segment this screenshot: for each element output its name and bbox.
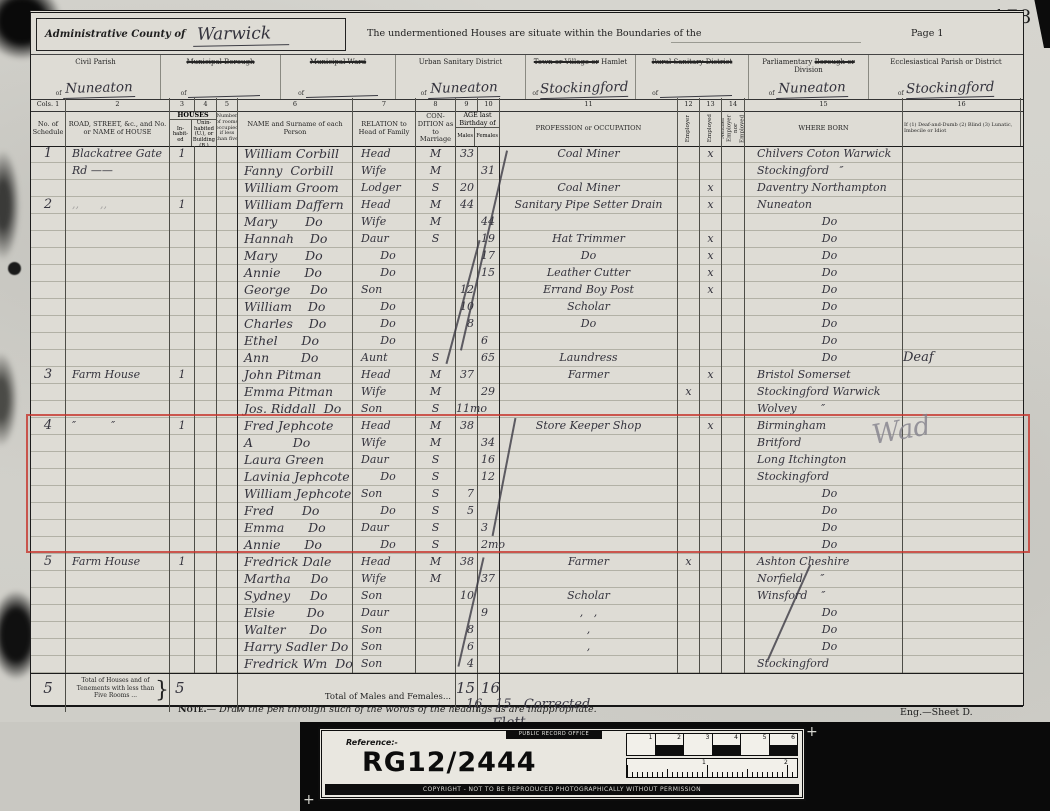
cell-name: Emma Pitman (238, 384, 353, 401)
cell-inh (170, 520, 195, 537)
cell-occ (500, 537, 678, 554)
cell-am: 11mo (456, 401, 478, 418)
cell-name: Harry Sadler Do (238, 639, 353, 656)
cell-occ: Do (500, 316, 678, 333)
cell-road (66, 265, 170, 282)
header-road: ROAD, STREET, &c., and No. or NAME of HO… (66, 111, 170, 146)
cell-cond: M (416, 163, 456, 180)
ruler-number: 4 (713, 734, 742, 755)
cell-cond: M (416, 418, 456, 435)
cell-rel: Son (353, 282, 416, 299)
district-cell: Municipal Boroughof (161, 55, 281, 99)
col-number: 13 (700, 98, 722, 111)
cell-uninh (195, 197, 217, 214)
cell-inf (903, 469, 1021, 486)
cell-sched (31, 248, 66, 265)
cell-inf: Deaf (903, 350, 1021, 367)
cell-born: Do (745, 265, 903, 282)
cell-name: John Pitman (238, 367, 353, 384)
cell-cond: S (416, 469, 456, 486)
cell-inh: 1 (170, 146, 195, 163)
cell-born: Nuneaton (745, 197, 903, 214)
totals-schedule-cell: 5 (31, 674, 66, 712)
ruler-cm-number: 2 (784, 759, 788, 766)
cell-uninh (195, 265, 217, 282)
cell-uninh (195, 571, 217, 588)
cell-sched (31, 231, 66, 248)
cell-e13 (700, 316, 722, 333)
cell-road (66, 231, 170, 248)
cell-road (66, 299, 170, 316)
cell-e12 (678, 588, 700, 605)
cell-af (478, 588, 500, 605)
cell-e13 (700, 537, 722, 554)
cell-uninh (195, 452, 217, 469)
cell-e14 (722, 248, 745, 265)
cell-uninh (195, 622, 217, 639)
header-females: Females (475, 128, 499, 146)
cell-rooms (217, 554, 238, 571)
cell-occ (500, 571, 678, 588)
cell-road (66, 605, 170, 622)
cell-occ: Laundress (500, 350, 678, 367)
cell-e12 (678, 418, 700, 435)
district-cell: Ecclesiastical Parish or DistrictofStock… (869, 55, 1023, 99)
cell-rel: Do (353, 265, 416, 282)
cell-rel: Son (353, 401, 416, 418)
cell-rooms (217, 163, 238, 180)
cell-af (478, 299, 500, 316)
cell-inh (170, 299, 195, 316)
cell-inh (170, 401, 195, 418)
cell-rooms (217, 452, 238, 469)
table-row: Hannah DoDaurS19Hat TrimmerxDo (31, 231, 1023, 248)
column-headers: No. of Schedule ROAD, STREET, &c., and N… (31, 111, 1023, 147)
cell-road (66, 214, 170, 231)
cell-rel: Wife (353, 435, 416, 452)
cell-af (478, 622, 500, 639)
cell-cond: M (416, 197, 456, 214)
cell-e14 (722, 435, 745, 452)
sheet-designation: Eng.—Sheet D. (900, 707, 973, 718)
cell-uninh (195, 588, 217, 605)
cell-name: Walter Do (238, 622, 353, 639)
cell-inh: 1 (170, 367, 195, 384)
cell-am (456, 469, 478, 486)
district-cell: Civil ParishofNuneaton (31, 55, 161, 99)
cell-e14 (722, 588, 745, 605)
cell-af (478, 282, 500, 299)
cell-e12 (678, 520, 700, 537)
cell-inf (903, 486, 1021, 503)
cell-inh (170, 384, 195, 401)
pro-stamp: PUBLIC RECORD OFFICE Reference:- RG12/24… (318, 727, 806, 801)
cell-name: Fanny Corbill (238, 163, 353, 180)
cell-af: 31 (478, 163, 500, 180)
cell-e12 (678, 639, 700, 656)
table-row: Charles DoDo8DoDo (31, 316, 1023, 333)
cell-inf (903, 537, 1021, 554)
ruler-cm: 12 (626, 758, 798, 778)
cell-e13 (700, 554, 722, 571)
cell-uninh (195, 605, 217, 622)
cell-born: Stockingford Warwick (745, 384, 903, 401)
cell-cond (416, 622, 456, 639)
cell-rel: Do (353, 503, 416, 520)
cell-e12 (678, 214, 700, 231)
cell-e12 (678, 146, 700, 163)
cell-rel: Wife (353, 571, 416, 588)
cell-road (66, 452, 170, 469)
cell-e14 (722, 554, 745, 571)
cell-sched (31, 401, 66, 418)
cell-born: Long Itchington (745, 452, 903, 469)
ruler-cm-number: 1 (702, 759, 706, 766)
cell-inh: 1 (170, 554, 195, 571)
cell-af (478, 316, 500, 333)
cell-born: Do (745, 486, 903, 503)
cell-rooms (217, 367, 238, 384)
district-cell: Town or Village or HamletofStockingford (526, 55, 636, 99)
cell-rooms (217, 401, 238, 418)
cell-sched (31, 180, 66, 197)
table-row: Walter DoSon8,Do (31, 622, 1023, 639)
cell-rel: Wife (353, 163, 416, 180)
cell-e12 (678, 503, 700, 520)
title-band: Administrative County of Warwick The und… (31, 16, 1023, 54)
cell-rel: Son (353, 588, 416, 605)
cell-occ (500, 520, 678, 537)
cell-road (66, 469, 170, 486)
cell-rooms (217, 214, 238, 231)
cell-name: A Do (238, 435, 353, 452)
cell-e14 (722, 605, 745, 622)
header-inhabited: In-habit-ed (170, 120, 192, 146)
cell-occ: Coal Miner (500, 146, 678, 163)
col-number: 7 (353, 98, 416, 111)
cell-e12 (678, 435, 700, 452)
cell-name: William Do (238, 299, 353, 316)
cell-inh (170, 248, 195, 265)
cell-e14 (722, 299, 745, 316)
table-row: Martha DoWifeM37Norfield ″ (31, 571, 1023, 588)
cell-am (456, 520, 478, 537)
cell-cond: S (416, 503, 456, 520)
cell-uninh (195, 316, 217, 333)
cell-cond: M (416, 435, 456, 452)
cell-rooms (217, 282, 238, 299)
cell-e13 (700, 520, 722, 537)
cell-uninh (195, 248, 217, 265)
cell-am (456, 537, 478, 554)
cell-inh (170, 180, 195, 197)
cell-rooms (217, 265, 238, 282)
cell-sched (31, 503, 66, 520)
header-rooms: Number of rooms occupied if less than fi… (217, 111, 238, 146)
county-box: Administrative County of Warwick (36, 18, 346, 51)
cell-occ (500, 503, 678, 520)
cell-e13 (700, 401, 722, 418)
cell-born: Stockingford ″ (745, 163, 903, 180)
cell-rel: Son (353, 486, 416, 503)
cell-cond: S (416, 401, 456, 418)
header-age: AGE last Birthday of (456, 111, 499, 128)
cell-uninh (195, 163, 217, 180)
cell-name: George Do (238, 282, 353, 299)
cell-af (478, 486, 500, 503)
cell-am: 44 (456, 197, 478, 214)
cell-rel: Wife (353, 214, 416, 231)
cell-e13: x (700, 231, 722, 248)
cell-name: Fred Jephcote (238, 418, 353, 435)
cell-cond (416, 588, 456, 605)
cell-born: Norfield ″ (745, 571, 903, 588)
cell-e14 (722, 384, 745, 401)
cell-sched (31, 350, 66, 367)
cell-e14 (722, 571, 745, 588)
cell-cond (416, 656, 456, 673)
cell-inf (903, 384, 1021, 401)
header-relation: RELATION to Head of Family (353, 111, 416, 146)
cell-e12 (678, 537, 700, 554)
ruler-number: 6 (770, 734, 798, 755)
cell-born: Daventry Northampton (745, 180, 903, 197)
cell-road (66, 384, 170, 401)
cell-occ (500, 469, 678, 486)
cell-sched (31, 214, 66, 231)
cell-am (456, 231, 478, 248)
header-occupation: PROFESSION or OCCUPATION (500, 111, 678, 146)
cell-am (456, 333, 478, 350)
cell-inf (903, 622, 1021, 639)
cell-e14 (722, 163, 745, 180)
page-number-label: Page 1 (911, 28, 943, 39)
cell-inh (170, 282, 195, 299)
cell-occ: Do (500, 248, 678, 265)
cell-rooms (217, 486, 238, 503)
cell-rooms (217, 248, 238, 265)
cell-inh (170, 639, 195, 656)
table-row: 5Farm House1Fredrick DaleHeadM38FarmerxA… (31, 554, 1023, 571)
cell-af (478, 639, 500, 656)
cell-sched (31, 333, 66, 350)
cell-rooms (217, 435, 238, 452)
cell-rooms (217, 656, 238, 673)
header-born: WHERE BORN (745, 111, 903, 146)
cell-e13: x (700, 180, 722, 197)
cell-uninh (195, 537, 217, 554)
census-table-body: 1Blackatree Gate1William CorbillHeadM33C… (31, 146, 1023, 673)
cell-af: 37 (478, 571, 500, 588)
cell-road (66, 656, 170, 673)
col-number: 12 (678, 98, 700, 111)
cell-e13: x (700, 197, 722, 214)
cell-road (66, 401, 170, 418)
cell-rel: Head (353, 554, 416, 571)
cell-born: Do (745, 333, 903, 350)
cell-uninh (195, 435, 217, 452)
cell-inf (903, 299, 1021, 316)
cell-inh (170, 316, 195, 333)
cell-born: Do (745, 350, 903, 367)
cell-af: 12 (478, 469, 500, 486)
cell-sched (31, 265, 66, 282)
cell-occ: Scholar (500, 299, 678, 316)
scan-ink-spot (8, 262, 21, 275)
cell-e12 (678, 163, 700, 180)
cell-rel: Head (353, 418, 416, 435)
cell-e14 (722, 282, 745, 299)
reference-value: RG12/2444 (362, 747, 537, 778)
cell-am: 33 (456, 146, 478, 163)
cell-e12 (678, 350, 700, 367)
cell-uninh (195, 299, 217, 316)
cell-e13 (700, 656, 722, 673)
cell-name: William Jephcote (238, 486, 353, 503)
cell-rel: Daur (353, 605, 416, 622)
cell-name: William Corbill (238, 146, 353, 163)
cell-inf (903, 367, 1021, 384)
cell-inf (903, 571, 1021, 588)
cell-occ (500, 486, 678, 503)
cell-af: 34 (478, 435, 500, 452)
cell-inf (903, 333, 1021, 350)
cell-am: 37 (456, 367, 478, 384)
cell-inh (170, 622, 195, 639)
cell-inh (170, 163, 195, 180)
cell-rel: Do (353, 333, 416, 350)
cell-e13: x (700, 282, 722, 299)
cell-sched: 5 (31, 554, 66, 571)
cell-cond: S (416, 486, 456, 503)
cell-rooms (217, 316, 238, 333)
cell-rel: Daur (353, 452, 416, 469)
cell-af: 15 (478, 265, 500, 282)
cell-inf (903, 214, 1021, 231)
cell-inf (903, 146, 1021, 163)
cell-name: Elsie Do (238, 605, 353, 622)
cell-name: Annie Do (238, 265, 353, 282)
ruler-number: 3 (684, 734, 713, 755)
cell-name: Fredrick Dale (238, 554, 353, 571)
cell-e14 (722, 146, 745, 163)
cell-inh: 1 (170, 418, 195, 435)
cell-occ: Store Keeper Shop (500, 418, 678, 435)
cell-name: Fred Do (238, 503, 353, 520)
crop-mark: + (303, 792, 315, 808)
cell-e12 (678, 333, 700, 350)
cell-e14 (722, 316, 745, 333)
table-row: Elsie DoDaur9, ,Do (31, 605, 1023, 622)
header-houses-group: HOUSES In-habit-ed Unin-habited (U.), or… (170, 111, 217, 146)
cell-e13 (700, 435, 722, 452)
cell-rooms (217, 503, 238, 520)
cell-af: 16 (478, 452, 500, 469)
col-number: 15 (745, 98, 903, 111)
cell-born: Do (745, 299, 903, 316)
cell-rooms (217, 350, 238, 367)
cell-road (66, 350, 170, 367)
cell-road: Blackatree Gate (66, 146, 170, 163)
table-row: William JephcoteSonS7Do (31, 486, 1023, 503)
cell-af: 19 (478, 231, 500, 248)
ruler: 123456 12 (626, 733, 798, 779)
cell-am (456, 605, 478, 622)
cell-e12 (678, 231, 700, 248)
header-uninhabited: Unin-habited (U.), or Building (B.) (192, 120, 216, 146)
cell-name: Ann Do (238, 350, 353, 367)
header-houses: HOUSES (170, 111, 216, 120)
cell-inf (903, 180, 1021, 197)
cell-occ (500, 452, 678, 469)
cell-rel: Do (353, 537, 416, 554)
reference-label: Reference:- (346, 738, 398, 747)
cell-road: Rd —— (66, 163, 170, 180)
cell-am (456, 384, 478, 401)
cell-e12 (678, 656, 700, 673)
cell-inf (903, 231, 1021, 248)
cell-sched (31, 588, 66, 605)
cell-inf (903, 588, 1021, 605)
cell-name: Martha Do (238, 571, 353, 588)
table-row: Annie DoDoS2moDo (31, 537, 1023, 554)
table-row: Jos. Riddall DoSonS11moWolvey ″ (31, 401, 1023, 418)
table-row: 1Blackatree Gate1William CorbillHeadM33C… (31, 146, 1023, 163)
cell-e13 (700, 469, 722, 486)
cell-am (456, 350, 478, 367)
table-row: Rd ——Fanny CorbillWifeM31Stockingford ″ (31, 163, 1023, 180)
cell-cond: M (416, 146, 456, 163)
cell-sched (31, 452, 66, 469)
cell-road (66, 248, 170, 265)
table-row: Annie DoDo15Leather CutterxDo (31, 265, 1023, 282)
census-sheet-scan: 178 Administrative County of Warwick The… (0, 0, 1050, 811)
header-infirmity: If (1) Deaf-and-Dumb (2) Blind (3) Lunat… (903, 111, 1021, 146)
cell-rel: Son (353, 656, 416, 673)
cell-road: ″ ″ (66, 418, 170, 435)
cell-e12: x (678, 554, 700, 571)
cell-rel: Son (353, 639, 416, 656)
cell-sched (31, 605, 66, 622)
cell-e13 (700, 350, 722, 367)
cell-occ (500, 163, 678, 180)
cell-am (456, 214, 478, 231)
cell-sched (31, 384, 66, 401)
table-row: Emma PitmanWifeM29xStockingford Warwick (31, 384, 1023, 401)
cell-af (478, 418, 500, 435)
county-label: Administrative County of (45, 29, 185, 40)
cell-e14 (722, 231, 745, 248)
cell-sched (31, 163, 66, 180)
cell-rel: Aunt (353, 350, 416, 367)
col-number: Cols. 1 (31, 98, 66, 111)
cell-road (66, 180, 170, 197)
cell-inf (903, 452, 1021, 469)
cell-uninh (195, 350, 217, 367)
cell-name: Charles Do (238, 316, 353, 333)
cell-uninh (195, 384, 217, 401)
cell-road (66, 503, 170, 520)
cell-inf (903, 605, 1021, 622)
cell-occ: Farmer (500, 554, 678, 571)
cell-cond: S (416, 180, 456, 197)
cell-af (478, 146, 500, 163)
cell-rel: Do (353, 316, 416, 333)
cell-uninh (195, 282, 217, 299)
cell-inf (903, 197, 1021, 214)
col-number: 4 (195, 98, 217, 111)
cell-e12 (678, 316, 700, 333)
